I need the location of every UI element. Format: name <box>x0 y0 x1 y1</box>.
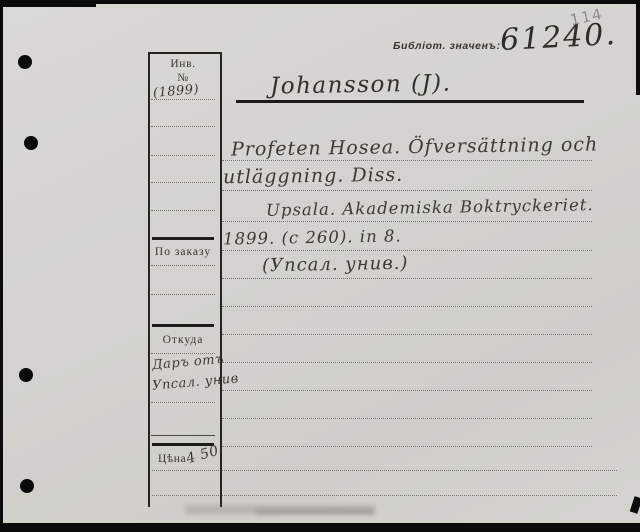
entry-line-year-format: 1899. (c 260). in 8. <box>223 226 402 248</box>
library-mark-label: Библіот. значенъ: <box>393 40 501 52</box>
punch-hole <box>18 55 32 69</box>
inventory-column: Инв. № (1899) По заказу Откуда Даръ отъ … <box>148 52 222 507</box>
entry-line-title-1: Profeten Hosea. Öfversättning och <box>231 133 599 160</box>
column-ruled-line <box>151 210 215 211</box>
author-underline <box>236 100 584 103</box>
scan-edge-left <box>0 0 3 532</box>
ruled-line <box>222 306 592 307</box>
column-section-divider <box>152 237 214 240</box>
column-ruled-line <box>151 265 215 266</box>
ruled-line <box>222 390 592 391</box>
column-ruled-line <box>151 182 215 183</box>
ruled-line <box>222 446 592 447</box>
scan-edge-mark <box>630 496 640 514</box>
column-section-divider <box>151 435 215 436</box>
ruled-line <box>222 190 592 191</box>
column-section-divider <box>152 324 214 327</box>
column-ruled-line <box>151 126 215 127</box>
column-ruled-line <box>151 402 215 403</box>
entry-line-imprint: Upsala. Akademiska Boktryckeriet. <box>266 195 594 220</box>
by-order-label: По заказу <box>150 246 216 258</box>
price-label: Цѣна <box>158 453 186 465</box>
ruled-line <box>222 250 592 251</box>
ruled-line <box>222 160 592 161</box>
author-heading-handwritten: Johansson (J). <box>270 70 452 99</box>
punch-hole <box>19 368 33 382</box>
inventory-label-line1: Инв. <box>150 58 216 70</box>
punch-hole <box>24 136 38 150</box>
column-ruled-line <box>151 294 215 295</box>
price-value-handwritten: 4 50 <box>184 443 220 468</box>
column-ruled-line <box>151 155 215 156</box>
inventory-label-line2: № <box>150 72 216 84</box>
scan-edge-bottom <box>0 523 640 532</box>
ruled-line <box>222 362 592 363</box>
origin-label: Откуда <box>150 334 216 346</box>
ruled-line <box>222 278 592 279</box>
scan-edge-top <box>0 0 640 4</box>
origin-value-line1: Даръ отъ <box>151 352 224 373</box>
scan-edge-right <box>636 0 640 95</box>
ink-smudge <box>255 509 375 515</box>
punch-hole <box>20 479 34 493</box>
scan-edge-top-left <box>0 0 96 7</box>
entry-line-provenance: (Упсал. унив.) <box>262 253 409 277</box>
catalog-card-scan: Инв. № (1899) По заказу Откуда Даръ отъ … <box>0 0 640 532</box>
ruled-line <box>222 334 592 335</box>
ruled-line <box>222 221 592 222</box>
ruled-line <box>222 418 592 419</box>
entry-line-title-2: utläggning. Diss. <box>223 164 404 189</box>
